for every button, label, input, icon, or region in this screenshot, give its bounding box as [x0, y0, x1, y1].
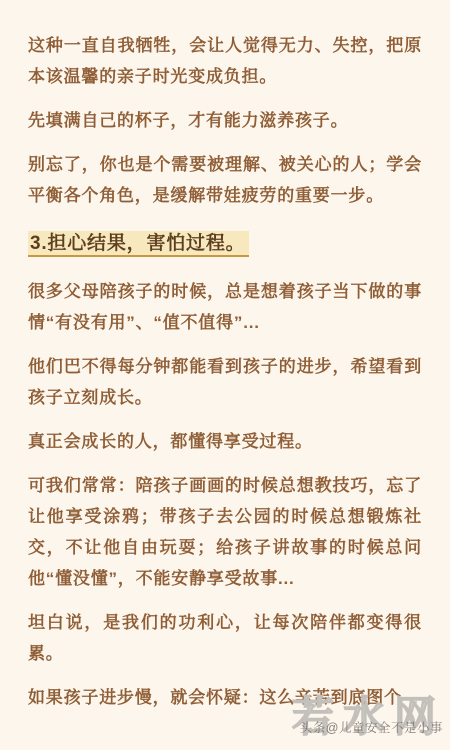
article-page: 这种一直自我牺牲，会让人觉得无力、失控，把原本该温馨的亲子时光变成负担。 先填满…: [0, 0, 450, 750]
paragraph: 真正会成长的人，都懂得享受过程。: [28, 426, 422, 457]
section-heading: 3.担心结果，害怕过程。: [28, 229, 422, 259]
paragraph: 他们巴不得每分钟都能看到孩子的进步，希望看到孩子立刻成长。: [28, 351, 422, 413]
paragraph: 可我们常常：陪孩子画画的时候总想教技巧，忘了让他享受涂鸦；带孩子去公园的时候总想…: [28, 470, 422, 594]
paragraph: 如果孩子进步慢，就会怀疑：这么辛苦到底图个: [28, 682, 422, 713]
paragraph: 别忘了，你也是个需要被理解、被关心的人；学会平衡各个角色，是缓解带娃疲劳的重要一…: [28, 149, 422, 211]
paragraph: 很多父母陪孩子的时候，总是想着孩子当下做的事情“有没有用”、“值不值得”...: [28, 276, 422, 338]
section-heading-highlight: 3.担心结果，害怕过程。: [28, 231, 249, 257]
article-body: 这种一直自我牺牲，会让人觉得无力、失控，把原本该温馨的亲子时光变成负担。 先填满…: [0, 0, 450, 713]
watermark-credit-text: 头条@儿童安全不是小事: [300, 718, 443, 736]
paragraph: 坦白说，是我们的功利心，让每次陪伴都变得很累。: [28, 607, 422, 669]
paragraph: 先填满自己的杯子，才有能力滋养孩子。: [28, 105, 422, 136]
paragraph: 这种一直自我牺牲，会让人觉得无力、失控，把原本该温馨的亲子时光变成负担。: [28, 30, 422, 92]
